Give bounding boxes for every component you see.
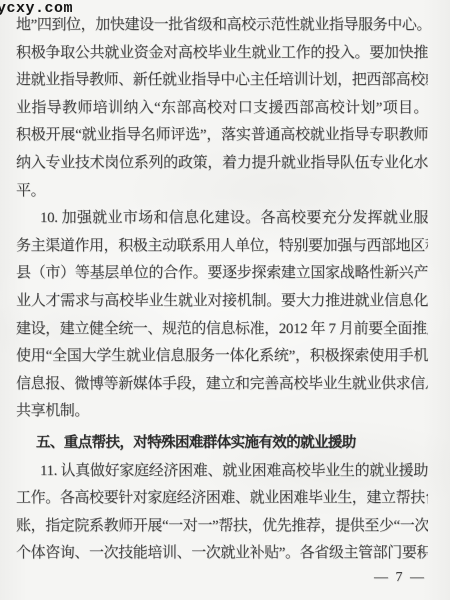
section-heading: 五、重点帮扶，对特殊困难群体实施有效的就业援助 [16,430,428,458]
text-line: 信息报、微博等新媒体手段，建立和完善高校毕业生就业供求信息 [16,371,428,399]
text-line: 积极开展“就业指导名师评选”，落实普通高校就业指导专职教师 [16,122,428,150]
text-line: 务主渠道作用，积极主动联系用人单位，特别要加强与西部地区和 [16,233,428,261]
text-line: 共享机制。 [16,398,428,426]
document-body: 地”四到位，加快建设一批省级和高校示范性就业指导服务中心。 积极争取公共就业资金… [16,12,428,568]
page-number: — 7 — [374,570,426,586]
text-line: 使用“全国大学生就业信息服务一体化系统”，积极探索使用手机 [16,343,428,371]
paragraph-11-start: 11. 认真做好家庭经济困难、就业困难高校毕业生的就业援助 [16,458,428,486]
text-line: 账，指定院系教师开展“一对一”帮扶，优先推荐，提供至少“一次 [16,513,428,541]
text-line: 建设，建立健全统一、规范的信息标准，2012 年 7 月前要全面推广 [16,316,428,344]
text-line: 业人才需求与高校毕业生就业对接机制。要大力推进就业信息化 [16,288,428,316]
text-line: 平。 [16,178,428,206]
paragraph-10-start: 10. 加强就业市场和信息化建设。各高校要充分发挥就业服 [16,205,428,233]
text-line: 地”四到位，加快建设一批省级和高校示范性就业指导服务中心。 [16,12,428,40]
text-line: 个体咨询、一次技能培训、一次就业补贴”。各省级主管部门要积 [16,540,428,568]
text-line: 积极争取公共就业资金对高校毕业生就业工作的投入。要加快推 [16,40,428,68]
text-line: 业指导教师培训纳入“东部高校对口支援西部高校计划”项目。 [16,95,428,123]
text-line: 县（市）等基层单位的合作。要逐步探索建立国家战略性新兴产 [16,260,428,288]
text-line: 进就业指导教师、新任就业指导中心主任培训计划，把西部高校就 [16,67,428,95]
text-line: 纳入专业技术岗位系列的政策，着力提升就业指导队伍专业化水 [16,150,428,178]
text-line: 工作。各高校要针对家庭经济困难、就业困难毕业生，建立帮扶台 [16,485,428,513]
